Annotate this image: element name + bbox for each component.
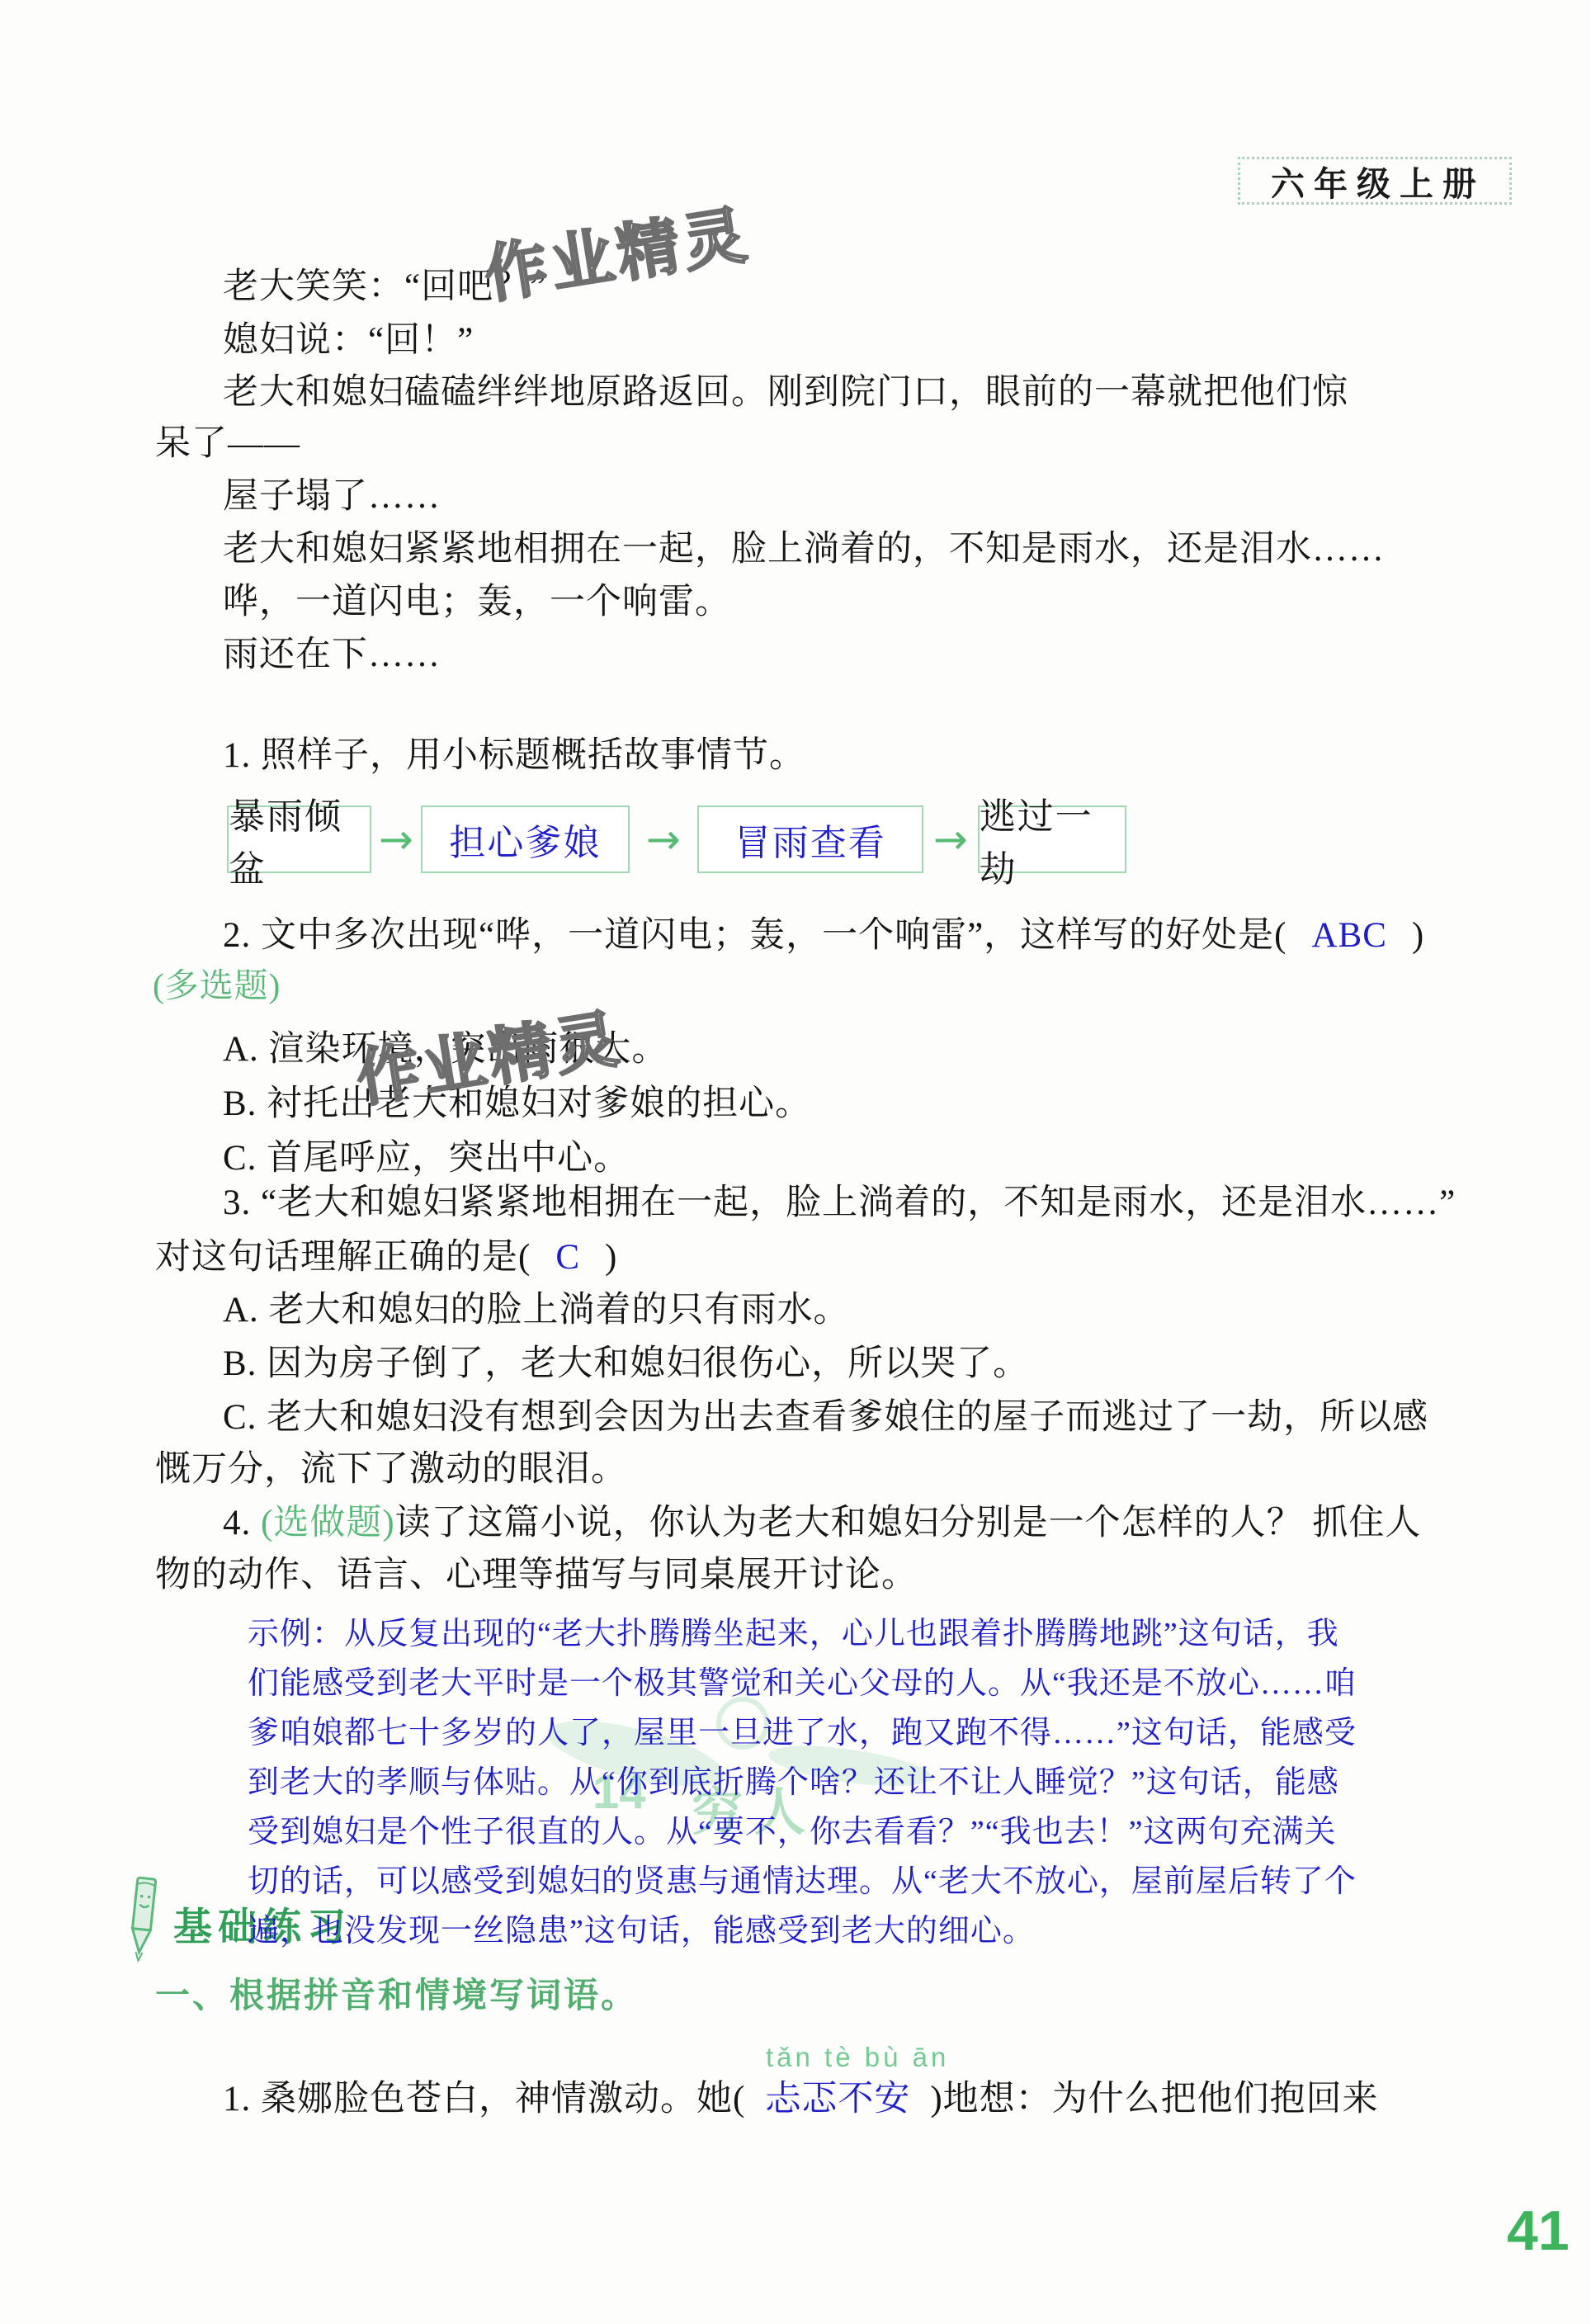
item-answer: 忐忑不安 <box>765 2078 910 2121</box>
question-3-option-c-line2: 慨万分，流下了激动的眼泪。 <box>155 1448 627 1491</box>
question-4-tag: (选做题) <box>261 1502 395 1545</box>
exercise-1-heading: 一、根据拼音和情境写词语。 <box>155 1968 638 2018</box>
pencil-mascot-icon <box>120 1872 167 1963</box>
question-2-prompt: 2. 文中多次出现“哗，一道闪电；轰，一个响雷”，这样写的好处是(ABC) <box>223 914 1424 957</box>
story-line: 老大和媳妇磕磕绊绊地原路返回。刚到院门口，眼前的一幕就把他们惊 <box>223 371 1348 414</box>
question-4-prompt-line1: 4. (选做题)读了这篇小说，你认为老大和媳妇分别是一个怎样的人？ 抓住人 <box>223 1502 1421 1545</box>
flow-step-1: 暴雨倾盆 <box>227 805 371 873</box>
question-4-number: 4. <box>223 1504 251 1542</box>
story-line: 呆了—— <box>155 423 300 465</box>
question-2-tag: (多选题) <box>153 966 281 1006</box>
question-3-text: 对这句话理解正确的是( <box>155 1238 531 1277</box>
question-2-answer: ABC <box>1312 914 1387 957</box>
flow-step-3-answer: 冒雨查看 <box>697 805 923 873</box>
story-line: 老大和媳妇紧紧地相拥在一起，脸上淌着的，不知是雨水，还是泪水…… <box>223 528 1385 571</box>
question-2-text: 2. 文中多次出现“哗，一道闪电；轰，一个响雷”，这样写的好处是( <box>223 916 1287 955</box>
edition-label-box: 六年级上册 <box>1238 157 1512 205</box>
question-1-prompt: 1. 照样子，用小标题概括故事情节。 <box>223 735 805 777</box>
sample-answer-line: 到老大的孝顺与体贴。从“你到底折腾个啥？还让不让人睡觉？”这句话，能感 <box>248 1756 1339 1802</box>
question-3-quote: 3. “老大和媳妇紧紧地相拥在一起，脸上淌着的，不知是雨水，还是泪水……” <box>223 1182 1456 1225</box>
edition-label: 六年级上册 <box>1271 157 1485 205</box>
question-3-prompt: 对这句话理解正确的是(C) <box>155 1236 617 1279</box>
sample-answer-line: 受到媳妇是个性子很直的人。从“要不，你去看看？”“我也去！”这两句充满关 <box>248 1806 1336 1851</box>
watermark-top: 作业精灵 <box>477 184 755 314</box>
story-line: 屋子塌了…… <box>223 475 441 518</box>
sample-answer-line: 爹咱娘都七十多岁的人了，屋里一旦进了水，跑又跑不得……”这句话，能感受 <box>248 1707 1357 1752</box>
sample-answer-line: 遍，也没发现一丝隐患”这句话，能感受到老大的细心。 <box>248 1905 1035 1950</box>
story-line: 媳妇说：“回！” <box>223 319 474 362</box>
plot-flowchart: 暴雨倾盆 → 担心爹娘 → 冒雨查看 → 逃过一劫 <box>227 805 1126 873</box>
sample-answer-line: 示例：从反复出现的“老大扑腾腾坐起来，心儿也跟着扑腾腾地跳”这句话，我 <box>248 1608 1339 1653</box>
question-2-close-paren: ) <box>1412 916 1424 955</box>
question-3-answer: C <box>555 1236 580 1279</box>
story-line: 哗，一道闪电；轰，一个响雷。 <box>223 581 731 624</box>
question-4-text: 读了这篇小说，你认为老大和媳妇分别是一个怎样的人？ 抓住人 <box>395 1504 1422 1542</box>
question-3-option-c-line1: C. 老大和媳妇没有想到会因为出去查看爹娘住的屋子而逃过了一劫，所以感 <box>223 1396 1428 1439</box>
question-4-prompt-line2: 物的动作、语言、心理等描写与同桌展开讨论。 <box>155 1554 918 1597</box>
question-3-option-a: A. 老大和媳妇的脸上淌着的只有雨水。 <box>223 1289 850 1332</box>
page-number: 41 <box>1507 2199 1570 2263</box>
flow-arrow-icon: → <box>923 819 978 860</box>
pinyin-hint: tǎn tè bù ān <box>766 2042 949 2073</box>
sample-answer-line: 切的话，可以感受到媳妇的贤惠与通情达理。从“老大不放心，屋前屋后转了个 <box>248 1855 1357 1901</box>
flow-step-2-answer: 担心爹娘 <box>421 805 630 873</box>
sample-answer-line: 们能感受到老大平时是一个极其警觉和关心父母的人。从“我还是不放心……咱 <box>248 1657 1357 1703</box>
workbook-page: 六年级上册 作业精灵 作业精灵 14 穷人 老大笑笑：“回吧？” 媳妇说：“回！… <box>0 0 1591 2324</box>
exercise-1-item-1: 1. 桑娜脸色苍白，神情激动。她(忐忑不安)地想：为什么把他们抱回来 <box>223 2078 1379 2121</box>
question-3-close-paren: ) <box>605 1238 617 1277</box>
item-text-after: )地想：为什么把他们抱回来 <box>930 2080 1378 2119</box>
flow-step-4: 逃过一劫 <box>978 805 1126 873</box>
question-3-option-b: B. 因为房子倒了，老大和媳妇很伤心，所以哭了。 <box>223 1343 1029 1386</box>
question-2-option-c: C. 首尾呼应，突出中心。 <box>223 1137 630 1180</box>
item-text-before: 1. 桑娜脸色苍白，神情激动。她( <box>223 2080 745 2119</box>
story-line: 雨还在下…… <box>223 634 441 677</box>
flow-arrow-icon: → <box>371 819 421 860</box>
flow-arrow-icon: → <box>630 819 697 860</box>
